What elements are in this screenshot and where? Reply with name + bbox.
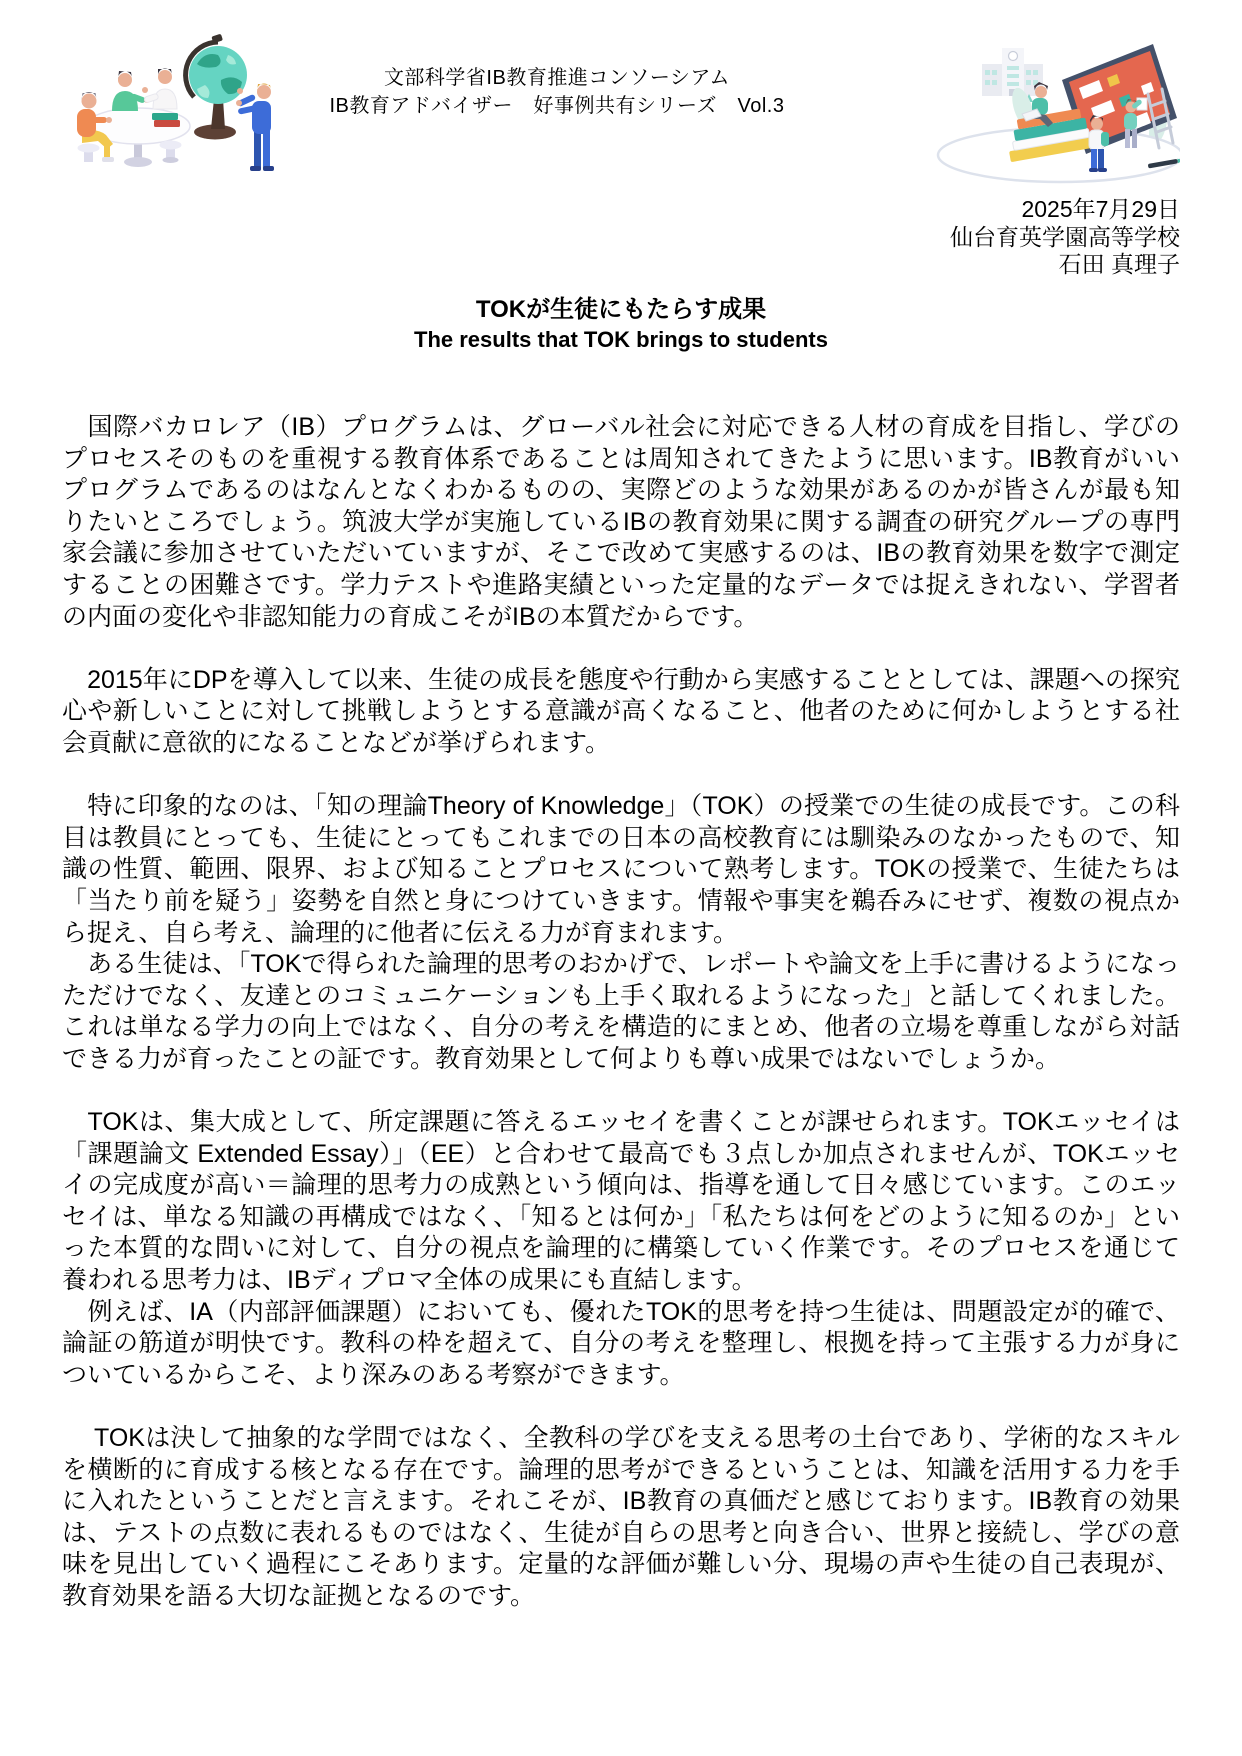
person-standing-blue-icon (236, 83, 274, 171)
school-building-icon (982, 48, 1043, 102)
students-globe-svg (68, 33, 280, 178)
document-page: 文部科学省IB教育推進コンソーシアム IB教育アドバイザー 好事例共有シリーズ … (0, 0, 1242, 1756)
paragraph-6: 例えば、IA（内部評価課題）においても、優れたTOK的思考を持つ生徒は、問題設定… (62, 1297, 1180, 1392)
byline-author: 石田 真理子 (950, 251, 1180, 279)
byline-school: 仙台育英学園高等学校 (950, 224, 1180, 252)
person-white-icon (142, 68, 177, 109)
books-icon (152, 113, 180, 127)
paragraph-1: 国際バカロレア（IB）プログラムは、グローバル社会に対応できる人材の育成を目指し… (62, 412, 1180, 633)
header-org-line: 文部科学省IB教育推進コンソーシアム (277, 64, 837, 92)
document-body: 国際バカロレア（IB）プログラムは、グローバル社会に対応できる人材の育成を目指し… (62, 412, 1180, 1613)
header-series-line: IB教育アドバイザー 好事例共有シリーズ Vol.3 (277, 92, 837, 120)
globe-icon (186, 34, 247, 140)
paragraph-2: 2015年にDPを導入して以来、生徒の成長を態度や行動から実感することとしては、… (62, 665, 1180, 760)
byline-date: 2025年7月29日 (950, 196, 1180, 224)
online-learning-svg (865, 28, 1180, 186)
page-title-japanese: TOKが生徒にもたらす成果 (0, 294, 1242, 325)
document-header: 文部科学省IB教育推進コンソーシアム IB教育アドバイザー 好事例共有シリーズ … (277, 64, 837, 120)
page-title-english: The results that TOK brings to students (0, 325, 1242, 355)
students-discussion-globe-illustration (68, 33, 280, 178)
paragraph-5: TOKは、集大成として、所定課題に答えるエッセイを書くことが課せられます。TOK… (62, 1107, 1180, 1297)
stool-icon (160, 141, 182, 164)
online-learning-books-laptop-illustration (865, 28, 1180, 186)
paragraph-4: ある生徒は、「TOKで得られた論理的思考のおかげで、レポートや論文を上手に書ける… (62, 949, 1180, 1075)
paragraph-3: 特に印象的なのは、「知の理論Theory of Knowledge」（TOK）の… (62, 791, 1180, 949)
page-title: TOKが生徒にもたらす成果 The results that TOK bring… (0, 294, 1242, 355)
byline-block: 2025年7月29日 仙台育英学園高等学校 石田 真理子 (950, 196, 1180, 279)
paragraph-7: TOKは決して抽象的な学問ではなく、全教科の学びを支える思考の土台であり、学術的… (62, 1423, 1180, 1613)
